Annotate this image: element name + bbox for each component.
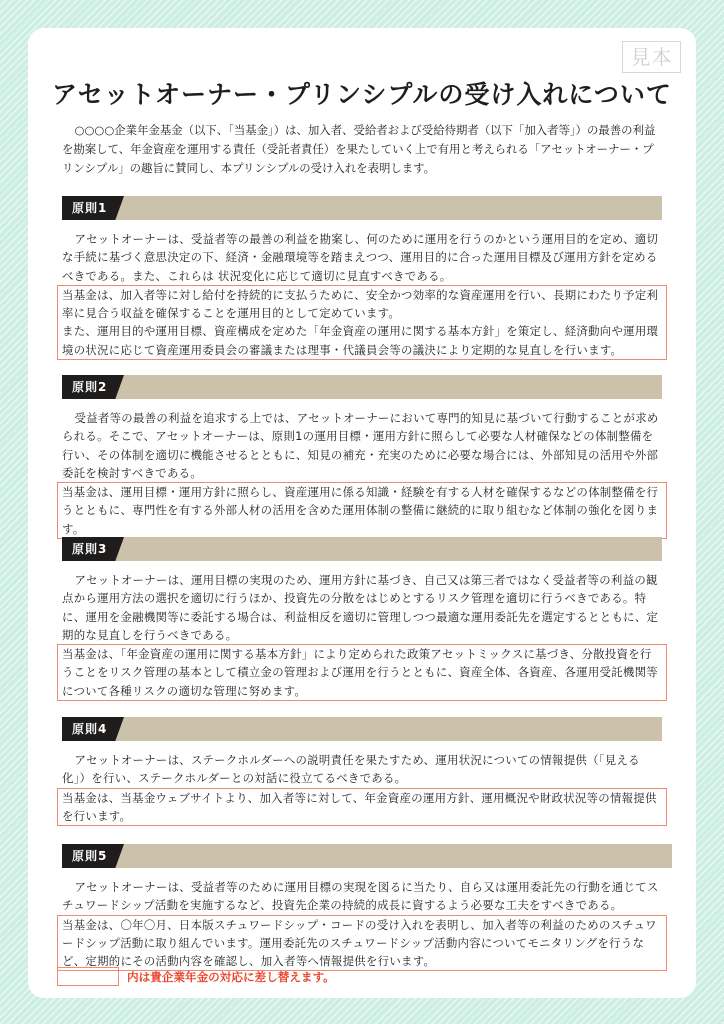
legend-swatch-box	[57, 967, 119, 986]
fund-response-box: 当基金は、当基金ウェブサイトより、加入者等に対して、年金資産の運用方針、運用概況…	[57, 788, 667, 827]
page-title: アセットオーナー・プリンシプルの受け入れについて	[28, 75, 696, 111]
fund-response-box: 当基金は、加入者等に対し給付を持続的に支払うために、安全かつ効率的な資産運用を行…	[57, 285, 667, 360]
section-principle-3: 原則3 アセットオーナーは、運用目標の実現のため、運用方針に基づき、自己又は第三…	[62, 537, 662, 701]
intro-paragraph: ○○○○企業年金基金（以下、「当基金」）は、加入者、受給者および受給待期者（以下…	[62, 121, 662, 178]
section-label: 原則2	[62, 375, 124, 399]
section-header-bar: 原則2	[62, 375, 662, 399]
fund-response-box: 当基金は、〇年〇月、日本版スチュワードシップ・コードの受け入れを表明し、加入者等…	[57, 915, 667, 972]
section-principle-4: 原則4 アセットオーナーは、ステークホルダーへの説明責任を果たすため、運用状況に…	[62, 717, 662, 826]
legend: 内は貴企業年金の対応に差し替えます。	[57, 967, 335, 986]
section-principle-5: 原則5 アセットオーナーは、受益者等のために運用目標の実現を図るに当たり、自ら又…	[62, 844, 662, 971]
section-label: 原則1	[62, 196, 124, 220]
fund-response-text: 当基金は、運用目標・運用方針に照らし、資産運用に係る知識・経験を有する人材を確保…	[62, 483, 662, 538]
section-header-bar: 原則4	[62, 717, 662, 741]
fund-response-box: 当基金は、「年金資産の運用に関する基本方針」により定められた政策アセットミックス…	[57, 644, 667, 701]
document-card: 見本 アセットオーナー・プリンシプルの受け入れについて ○○○○企業年金基金（以…	[28, 28, 696, 998]
section-header-bar: 原則1	[62, 196, 662, 220]
fund-response-text: 当基金は、当基金ウェブサイトより、加入者等に対して、年金資産の運用方針、運用概況…	[62, 789, 662, 826]
principle-text: アセットオーナーは、受益者等のために運用目標の実現を図るに当たり、自ら又は運用委…	[62, 878, 662, 915]
principle-text: アセットオーナーは、ステークホルダーへの説明責任を果たすため、運用状況についての…	[62, 751, 662, 788]
legend-text: 内は貴企業年金の対応に差し替えます。	[127, 969, 335, 985]
intro-text: ○○○○企業年金基金（以下、「当基金」）は、加入者、受給者および受給待期者（以下…	[62, 121, 662, 178]
fund-response-text: また、運用目的や運用目標、資産構成を定めた「年金資産の運用に関する基本方針」を策…	[62, 322, 662, 359]
fund-response-text: 当基金は、〇年〇月、日本版スチュワードシップ・コードの受け入れを表明し、加入者等…	[62, 916, 662, 971]
section-label: 原則4	[62, 717, 124, 741]
section-header-bar: 原則3	[62, 537, 662, 561]
section-label: 原則5	[62, 844, 124, 868]
fund-response-text: 当基金は、加入者等に対し給付を持続的に支払うために、安全かつ効率的な資産運用を行…	[62, 286, 662, 323]
section-principle-1: 原則1 アセットオーナーは、受益者等の最善の利益を勘案し、何のために運用を行うの…	[62, 196, 662, 360]
section-label: 原則3	[62, 537, 124, 561]
principle-text: アセットオーナーは、運用目標の実現のため、運用方針に基づき、自己又は第三者ではな…	[62, 571, 662, 644]
section-principle-2: 原則2 受益者等の最善の利益を追求する上では、アセットオーナーにおいて専門的知見…	[62, 375, 662, 539]
fund-response-text: 当基金は、「年金資産の運用に関する基本方針」により定められた政策アセットミックス…	[62, 645, 662, 700]
sample-stamp: 見本	[622, 41, 681, 73]
principle-text: 受益者等の最善の利益を追求する上では、アセットオーナーにおいて専門的知見に基づい…	[62, 409, 662, 482]
principle-text: アセットオーナーは、受益者等の最善の利益を勘案し、何のために運用を行うのかという…	[62, 230, 662, 285]
fund-response-box: 当基金は、運用目標・運用方針に照らし、資産運用に係る知識・経験を有する人材を確保…	[57, 482, 667, 539]
section-header-bar: 原則5	[62, 844, 672, 868]
